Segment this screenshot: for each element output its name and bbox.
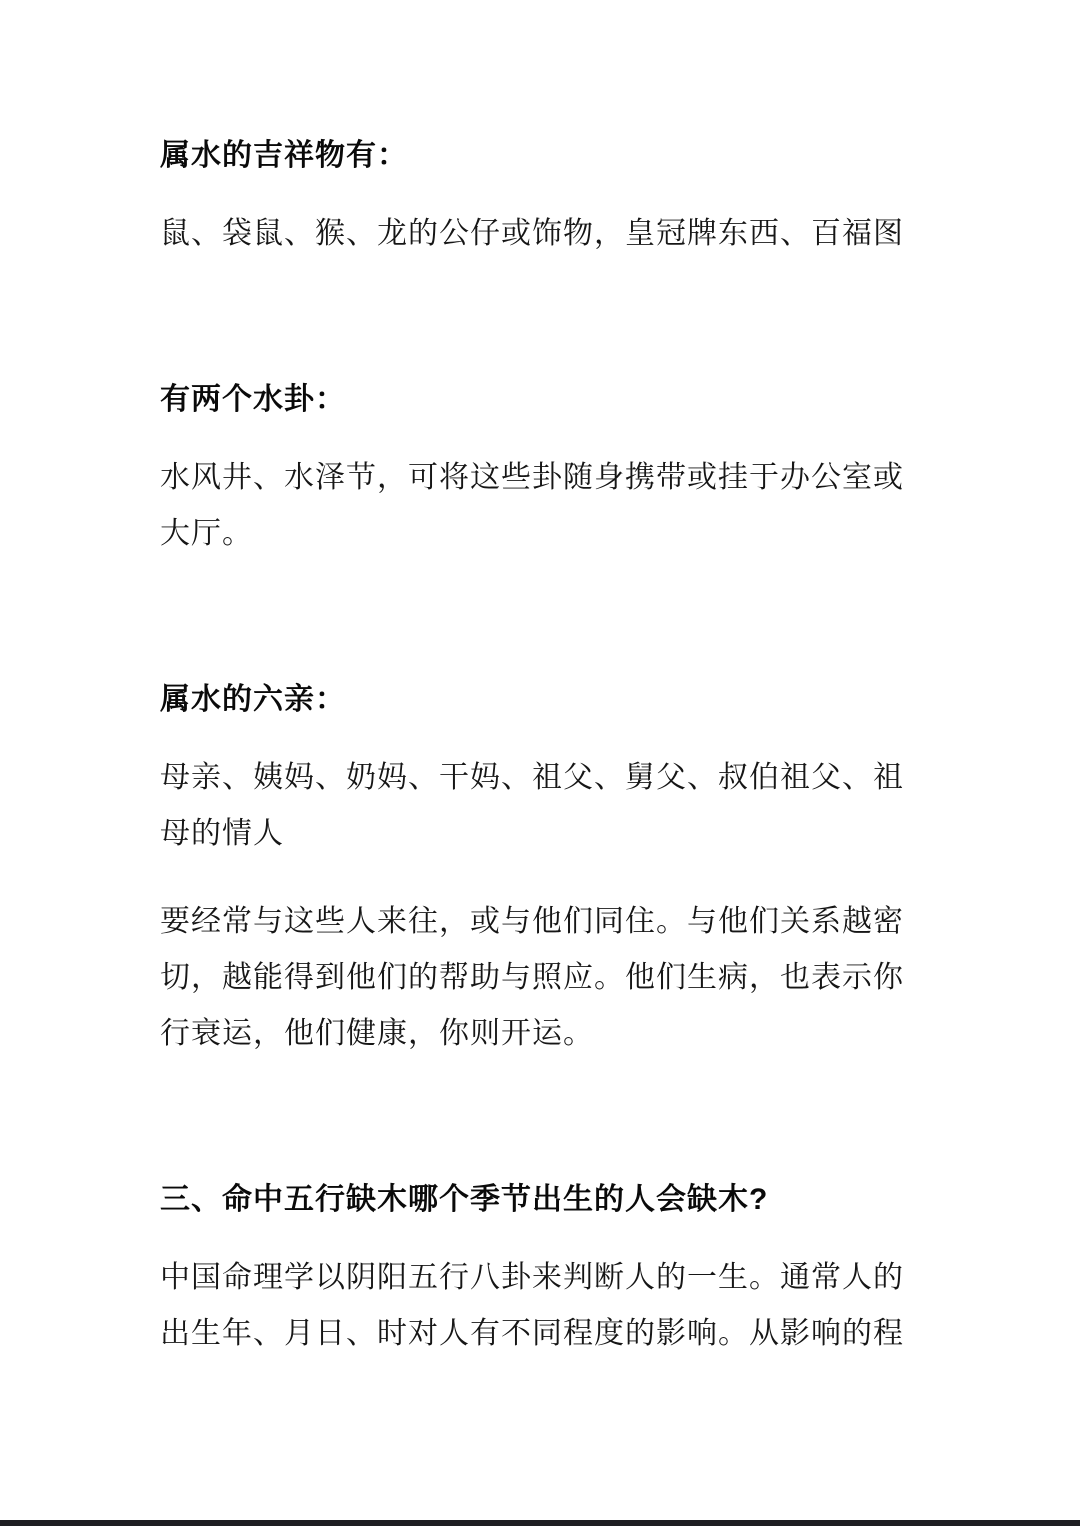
paragraph: 水风井、水泽节，可将这些卦随身携带或挂于办公室或 大厅。 <box>160 450 930 562</box>
text-line: 切，越能得到他们的帮助与照应。他们生病，也表示你 <box>160 950 930 1006</box>
text-line: 母亲、姨妈、奶妈、干妈、祖父、舅父、叔伯祖父、祖 <box>160 750 930 806</box>
text-line: 中国命理学以阴阳五行八卦来判断人的一生。通常人的 <box>160 1250 930 1306</box>
section-water-hexagrams: 有两个水卦： 水风井、水泽节，可将这些卦随身携带或挂于办公室或 大厅。 <box>160 380 930 562</box>
paragraph: 中国命理学以阴阳五行八卦来判断人的一生。通常人的 出生年、月日、时对人有不同程度… <box>160 1250 930 1362</box>
section-missing-wood: 三、命中五行缺木哪个季节出生的人会缺木? 中国命理学以阴阳五行八卦来判断人的一生… <box>160 1180 930 1362</box>
paragraph: 要经常与这些人来往，或与他们同住。与他们关系越密 切，越能得到他们的帮助与照应。… <box>160 894 930 1062</box>
section-heading: 三、命中五行缺木哪个季节出生的人会缺木? <box>160 1180 930 1220</box>
section-heading: 属水的吉祥物有： <box>160 136 930 176</box>
paragraph: 母亲、姨妈、奶妈、干妈、祖父、舅父、叔伯祖父、祖 母的情人 <box>160 750 930 862</box>
section-water-mascots: 属水的吉祥物有： 鼠、袋鼠、猴、龙的公仔或饰物，皇冠牌东西、百福图 <box>160 136 930 262</box>
text-line: 要经常与这些人来往，或与他们同住。与他们关系越密 <box>160 894 930 950</box>
section-heading: 有两个水卦： <box>160 380 930 420</box>
text-line: 母的情人 <box>160 806 930 862</box>
text-line: 水风井、水泽节，可将这些卦随身携带或挂于办公室或 <box>160 450 930 506</box>
bottom-edge-bar <box>0 1520 1080 1526</box>
text-line: 大厅。 <box>160 506 930 562</box>
paragraph: 鼠、袋鼠、猴、龙的公仔或饰物，皇冠牌东西、百福图 <box>160 206 930 262</box>
text-line: 出生年、月日、时对人有不同程度的影响。从影响的程 <box>160 1306 930 1362</box>
section-heading: 属水的六亲： <box>160 680 930 720</box>
article-body: 属水的吉祥物有： 鼠、袋鼠、猴、龙的公仔或饰物，皇冠牌东西、百福图 有两个水卦：… <box>160 0 930 1362</box>
text-line: 鼠、袋鼠、猴、龙的公仔或饰物，皇冠牌东西、百福图 <box>160 206 930 262</box>
text-line: 行衰运，他们健康，你则开运。 <box>160 1006 930 1062</box>
section-water-relatives: 属水的六亲： 母亲、姨妈、奶妈、干妈、祖父、舅父、叔伯祖父、祖 母的情人 要经常… <box>160 680 930 1062</box>
